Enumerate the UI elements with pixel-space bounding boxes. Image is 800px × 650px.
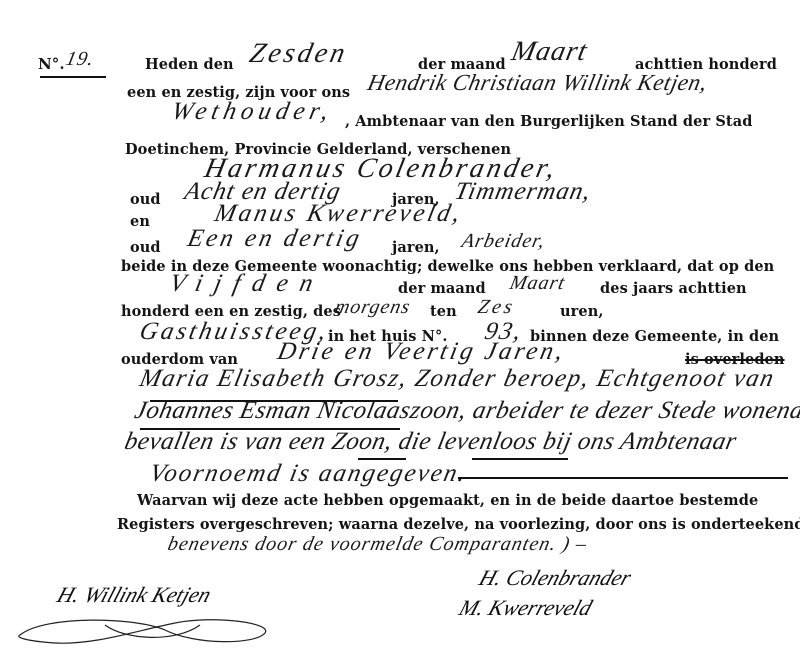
signature-declarant-2: M. Kwerreveld (456, 595, 596, 621)
text-der-maand-2: der maand (398, 280, 486, 297)
handwritten-declarant-2-age: Een en dertig (185, 225, 365, 253)
signature-declarant-1: H. Colenbrander (476, 565, 635, 591)
signature-flourish-icon (15, 595, 275, 650)
handwritten-mother-line: Maria Elisabeth Grosz, Zonder beroep, Ec… (137, 365, 777, 393)
handwritten-age-of-mother: Drie en Veertig Jaren, (275, 338, 568, 366)
handwritten-declarant-1-occupation: Timmerman, (452, 178, 594, 206)
text-en: en (130, 213, 150, 230)
text-waarvan: Waarvan wij deze acte hebben opgemaakt, … (137, 492, 758, 509)
handwritten-official-title: Wethouder, (169, 98, 336, 126)
certificate-number-label: N°. (38, 55, 65, 73)
certificate-number-value: 19. (64, 48, 97, 71)
certificate-page: N°. 19. Heden den Zesden der maand Maart… (0, 0, 800, 650)
text-oud-1: oud (130, 191, 161, 208)
handwritten-father-line: Johannes Esman Nicolaaszoon, arbeider te… (132, 397, 800, 425)
text-jaren-2: jaren, (392, 239, 440, 256)
text-uren: uren, (560, 303, 604, 320)
handwritten-event-day: Vijfden (167, 270, 327, 298)
handwritten-time-of-day: morgens (333, 296, 413, 319)
handwritten-day: Zesden (247, 38, 351, 70)
text-ten: ten (430, 303, 457, 320)
text-registers: Registers overgeschreven; waarna dezelve… (117, 516, 800, 533)
handwritten-birth-line: bevallen is van een Zoon, die levenloos … (122, 428, 739, 456)
closing-dash-rule (458, 477, 788, 479)
handwritten-addition-line: benevens door de voormelde Comparanten. … (166, 533, 590, 556)
number-underline (40, 76, 106, 78)
text-heden-den: Heden den (145, 56, 234, 73)
text-oud-2: oud (130, 239, 161, 256)
handwritten-declarant-2-name: Manus Kwerreveld, (212, 200, 465, 228)
handwritten-hour: Zes (476, 296, 518, 319)
text-binnen: binnen deze Gemeente, in den (530, 328, 779, 345)
handwritten-declared-line: Voornoemd is aangegeven. (147, 460, 470, 488)
text-des-jaars: des jaars achttien (600, 280, 747, 297)
levenloos-underline (472, 458, 568, 460)
handwritten-month: Maart (509, 36, 591, 68)
handwritten-declarant-2-occupation: Arbeider, (460, 230, 548, 253)
text-ambtenaar: , Ambtenaar van den Burgerlijken Stand d… (345, 113, 752, 130)
handwritten-event-month: Maart (508, 272, 568, 295)
handwritten-official-name: Hendrik Christiaan Willink Ketjen, (365, 70, 710, 96)
